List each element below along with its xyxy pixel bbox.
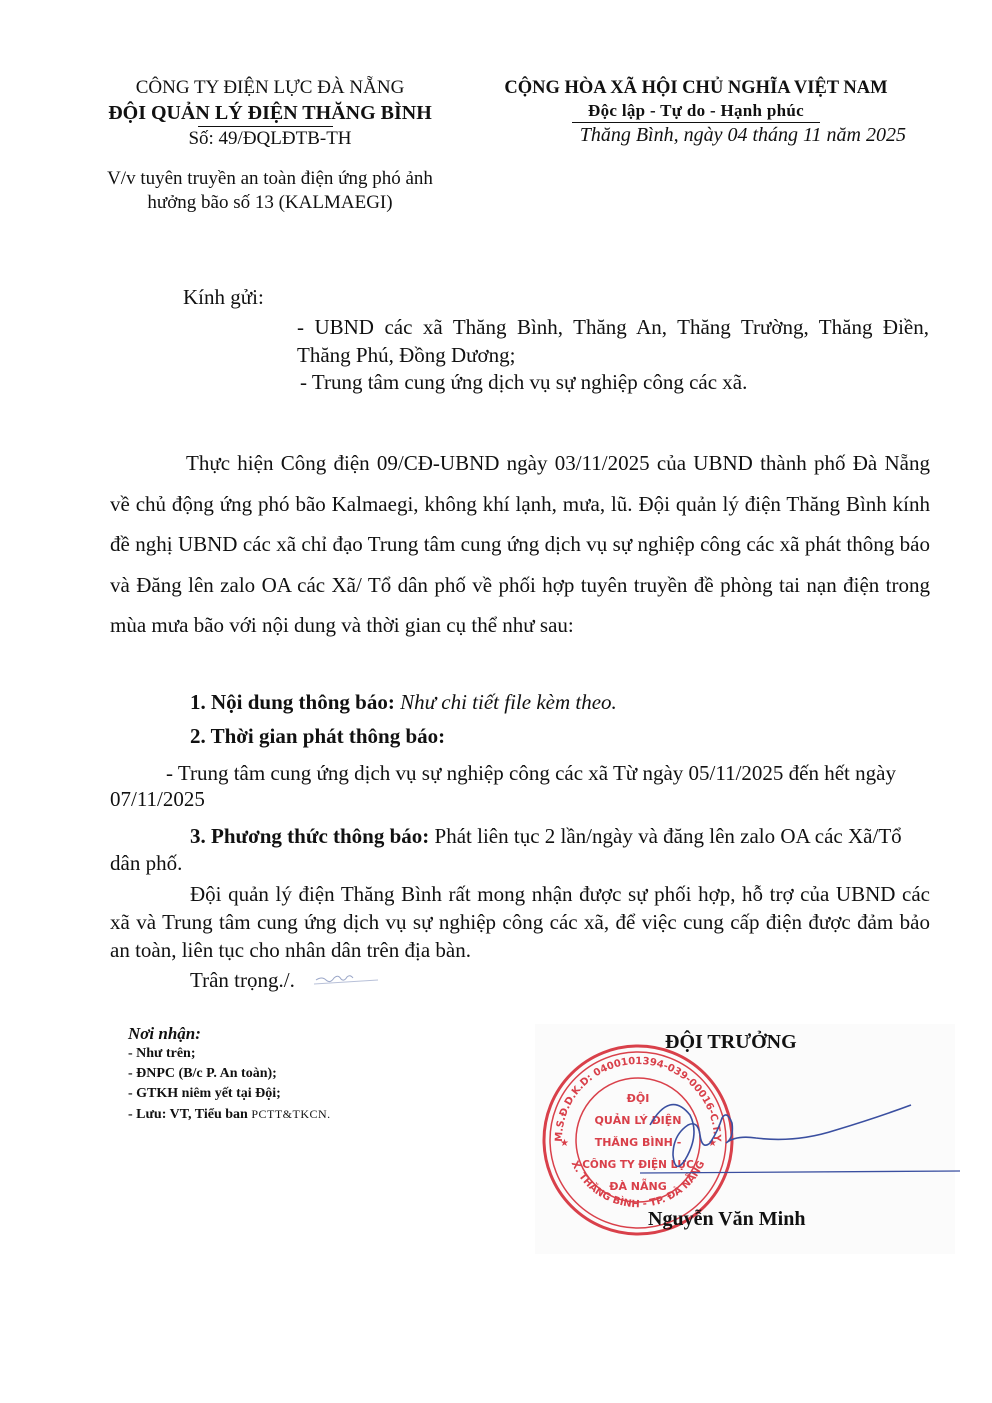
nation-name: CỘNG HÒA XÃ HỘI CHỦ NGHĨA VIỆT NAM xyxy=(466,76,926,100)
org-name: ĐỘI QUẢN LÝ ĐIỆN THĂNG BÌNH xyxy=(60,100,480,126)
addressee-label: Kính gửi: xyxy=(183,285,264,310)
recipient-item: - ĐNPC (B/c P. An toàn); xyxy=(128,1064,331,1084)
intro-paragraph: Thực hiện Công điện 09/CĐ-UBND ngày 03/1… xyxy=(110,443,930,646)
item-content-value: Như chi tiết file kèm theo. xyxy=(395,690,617,714)
item-time: 2. Thời gian phát thông báo: xyxy=(190,724,445,749)
doc-number: Số: 49/ĐQLĐTB-TH xyxy=(60,127,480,151)
addressee-item: - UBND các xã Thăng Bình, Thăng An, Thăn… xyxy=(297,313,929,369)
recipients-block: Nơi nhận: - Như trên; - ĐNPC (B/c P. An … xyxy=(128,1024,331,1125)
closing-paragraph: Đội quản lý điện Thăng Bình rất mong nhậ… xyxy=(110,880,930,964)
recipient-item: - GTKH niêm yết tại Đội; xyxy=(128,1084,331,1104)
item-method-label: 3. Phương thức thông báo: xyxy=(190,824,429,848)
item-content-label: 1. Nội dung thông báo: xyxy=(190,690,395,714)
item-time-label: 2. Thời gian phát thông báo: xyxy=(190,724,445,748)
item-time-detail: - Trung tâm cung ứng dịch vụ sự nghiệp c… xyxy=(110,760,930,812)
recipient-item-text: - Lưu: VT, Tiểu ban xyxy=(128,1107,251,1122)
subject-line-1: V/v tuyên truyền an toàn điện ứng phó ản… xyxy=(60,167,480,191)
item-content: 1. Nội dung thông báo: Như chi tiết file… xyxy=(190,690,617,715)
svg-text:★: ★ xyxy=(560,1138,569,1149)
recipients-title: Nơi nhận: xyxy=(128,1024,331,1044)
signer-name: Nguyễn Văn Minh xyxy=(648,1208,805,1231)
handwritten-signature-icon xyxy=(640,1085,960,1195)
place-date: Thăng Bình, ngày 04 tháng 11 năm 2025 xyxy=(466,123,926,147)
recipient-item: - Lưu: VT, Tiểu ban PCTT&TKCN. xyxy=(128,1104,331,1125)
subject-line-2: hưởng bão số 13 (KALMAEGI) xyxy=(60,191,480,215)
motto: Độc lập - Tự do - Hạnh phúc xyxy=(466,100,926,122)
signer-title: ĐỘI TRƯỞNG xyxy=(665,1031,797,1054)
initial-signature-icon xyxy=(312,968,382,990)
addressee-item: - Trung tâm cung ứng dịch vụ sự nghiệp c… xyxy=(300,370,747,395)
item-method: 3. Phương thức thông báo: Phát liên tục … xyxy=(110,823,930,877)
parent-org: CÔNG TY ĐIỆN LỰC ĐÀ NẴNG xyxy=(60,76,480,100)
national-header: CỘNG HÒA XÃ HỘI CHỦ NGHĨA VIỆT NAM Độc l… xyxy=(466,76,926,147)
org-underline xyxy=(198,126,333,127)
recipient-item-abbrev: PCTT&TKCN. xyxy=(251,1107,330,1121)
regards: Trân trọng./. xyxy=(190,968,295,993)
issuer-block: CÔNG TY ĐIỆN LỰC ĐÀ NẴNG ĐỘI QUẢN LÝ ĐIỆ… xyxy=(60,76,480,215)
recipient-item: - Như trên; xyxy=(128,1044,331,1064)
